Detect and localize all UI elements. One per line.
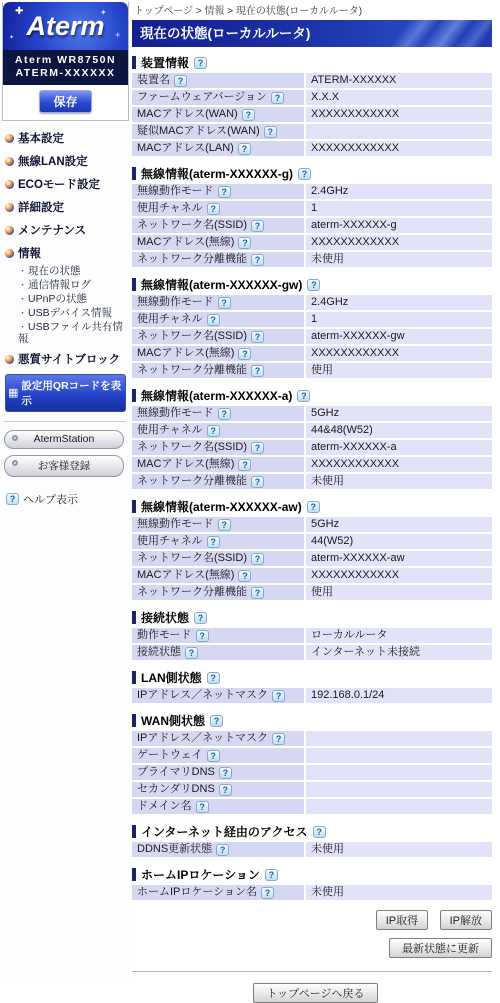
status-table: ホームIPロケーション名 ? 未使用	[130, 883, 494, 902]
row-label-cell: ファームウェアバージョン ?	[132, 90, 304, 105]
help-icon[interactable]: ?	[264, 126, 277, 138]
row-label: ネットワーク名(SSID)	[137, 552, 247, 565]
status-table: IPアドレス／ネットマスク ? 192.168.0.1/24	[130, 686, 494, 705]
table-row: ファームウェアバージョン ? X.X.X	[132, 90, 492, 105]
table-row: DDNS更新状態 ? 未使用	[132, 842, 492, 857]
row-label-cell: 無線動作モード ?	[132, 295, 304, 310]
row-label: 無線動作モード	[137, 407, 214, 420]
row-label-cell: ネットワーク名(SSID) ?	[132, 329, 304, 344]
row-value: 1	[306, 312, 492, 327]
help-icon[interactable]: ?	[219, 767, 232, 779]
row-value: 未使用	[306, 842, 492, 857]
row-value: XXXXXXXXXXXX	[306, 568, 492, 583]
help-icon[interactable]: ?	[218, 186, 231, 198]
refresh-row: 最新状態に更新	[132, 938, 492, 958]
bullet-sphere-icon	[5, 157, 14, 166]
sidebar-menu-item[interactable]: メンテナンス	[5, 222, 127, 238]
row-value: 5GHz	[306, 517, 492, 532]
table-row: ネットワーク名(SSID) ? aterm-XXXXXX-aw	[132, 551, 492, 566]
row-label-cell: IPアドレス／ネットマスク ?	[132, 688, 304, 703]
help-icon[interactable]: ?	[251, 220, 264, 232]
sidebar-menu-item[interactable]: 基本設定	[5, 130, 127, 146]
help-icon[interactable]: ?	[251, 476, 264, 488]
sidebar-submenu-label: USBファイル共有情報	[18, 321, 123, 345]
row-label-cell: ゲートウェイ ?	[132, 748, 304, 763]
row-label-cell: 装置名 ?	[132, 73, 304, 88]
section-header: 無線情報(aterm-XXXXXX-a) ?	[132, 388, 492, 403]
sidebar-submenu-item[interactable]: ・通信情報ログ	[18, 279, 127, 291]
table-row: ネットワーク分離機能 ? 未使用	[132, 252, 492, 267]
row-value	[306, 782, 492, 797]
table-row: セカンダリDNS ?	[132, 782, 492, 797]
customer-registration-label: お客様登録	[38, 460, 91, 472]
row-label: ネットワーク名(SSID)	[137, 441, 247, 454]
sidebar: ✚ ✦ ✦ ✚ Aterm Aterm WR8750N ATERM-XXXXXX…	[0, 0, 130, 982]
row-value: 使用	[306, 585, 492, 600]
row-value: XXXXXXXXXXXX	[306, 141, 492, 156]
sidebar-submenu-item[interactable]: ・USBデバイス情報	[18, 307, 127, 319]
section-title: 無線情報(aterm-XXXXXX-gw)	[141, 276, 302, 293]
help-icon[interactable]: ?	[174, 75, 187, 87]
row-label: MACアドレス(WAN)	[137, 108, 238, 121]
section-bar-icon	[132, 611, 136, 624]
dot-icon: ・	[18, 308, 27, 318]
dot-icon: ・	[18, 294, 27, 304]
row-label: ファームウェアバージョン	[137, 91, 267, 104]
row-value: ATERM-XXXXXX	[306, 73, 492, 88]
row-label: 無線動作モード	[137, 296, 214, 309]
help-icon[interactable]: ?	[210, 715, 223, 727]
status-table: 動作モード ? ローカルルータ 接続状態 ? インターネット未接続	[130, 626, 494, 662]
status-table: IPアドレス／ネットマスク ? ゲートウェイ ? プライマリDNS ? セカンダ…	[130, 729, 494, 816]
ip-actions-row: IP取得 IP解放	[132, 910, 492, 930]
section-title: LAN側状態	[141, 669, 202, 686]
table-row: ネットワーク名(SSID) ? aterm-XXXXXX-a	[132, 440, 492, 455]
status-section: LAN側状態 ? IPアドレス／ネットマスク ? 192.168.0.1/24	[132, 670, 492, 705]
row-label: ネットワーク分離機能	[137, 253, 247, 266]
row-value: aterm-XXXXXX-a	[306, 440, 492, 455]
row-label-cell: 使用チャネル ?	[132, 534, 304, 549]
table-row: ネットワーク名(SSID) ? aterm-XXXXXX-g	[132, 218, 492, 233]
row-label: 使用チャネル	[137, 313, 203, 326]
section-title: 無線情報(aterm-XXXXXX-aw)	[141, 498, 302, 515]
help-icon[interactable]: ?	[261, 887, 274, 899]
show-qr-code-button[interactable]: ▦ 設定用QRコードを表示	[5, 374, 126, 412]
sidebar-divider	[4, 421, 126, 422]
help-icon[interactable]: ?	[207, 203, 220, 215]
table-row: 使用チャネル ? 44(W52)	[132, 534, 492, 549]
help-icon[interactable]: ?	[194, 612, 207, 624]
ring-icon	[12, 435, 18, 441]
row-value: インターネット未接続	[306, 645, 492, 660]
section-header: 装置情報 ?	[132, 55, 492, 70]
table-row: MACアドレス(無線) ? XXXXXXXXXXXX	[132, 568, 492, 583]
bullet-sphere-icon	[5, 226, 14, 235]
status-table: 無線動作モード ? 5GHz 使用チャネル ? 44&48(W52) ネットワー…	[130, 404, 494, 491]
help-icon[interactable]: ?	[242, 109, 255, 121]
row-label-cell: MACアドレス(LAN) ?	[132, 141, 304, 156]
section-title: 無線情報(aterm-XXXXXX-a)	[141, 387, 292, 404]
sidebar-header: ✚ ✦ ✦ ✚ Aterm Aterm WR8750N ATERM-XXXXXX…	[2, 2, 129, 121]
sidebar-submenu: ・現在の状態 ・通信情報ログ ・UPnPの状態 ・USBデバイス情報 ・USBフ…	[18, 265, 127, 345]
refresh-status-button[interactable]: 最新状態に更新	[389, 938, 492, 958]
help-icon[interactable]: ?	[207, 750, 220, 762]
row-label: ドメイン名	[137, 800, 192, 813]
row-label-cell: MACアドレス(WAN) ?	[132, 107, 304, 122]
sidebar-submenu-label: 現在の状態	[28, 265, 81, 277]
status-table: 装置名 ? ATERM-XXXXXX ファームウェアバージョン ? X.X.X …	[130, 71, 494, 158]
help-icon[interactable]: ?	[238, 570, 251, 582]
sidebar-menu-label: 情報	[18, 245, 41, 261]
row-value: 44(W52)	[306, 534, 492, 549]
row-value: 2.4GHz	[306, 295, 492, 310]
sidebar-menu-item[interactable]: 詳細設定	[5, 199, 127, 215]
row-label: 無線動作モード	[137, 185, 214, 198]
section-header: WAN側状態 ?	[132, 713, 492, 728]
table-row: ネットワーク名(SSID) ? aterm-XXXXXX-gw	[132, 329, 492, 344]
table-row: 使用チャネル ? 44&48(W52)	[132, 423, 492, 438]
help-icon[interactable]: ?	[251, 254, 264, 266]
sidebar-submenu-item[interactable]: ・UPnPの状態	[18, 293, 127, 305]
device-model: Aterm WR8750N	[3, 54, 128, 67]
row-label-cell: ホームIPロケーション名 ?	[132, 885, 304, 900]
status-section: 接続状態 ? 動作モード ? ローカルルータ 接続状態 ? インターネット未接続	[132, 610, 492, 662]
row-label: 動作モード	[137, 629, 192, 642]
help-icon[interactable]: ?	[251, 553, 264, 565]
status-table: 無線動作モード ? 2.4GHz 使用チャネル ? 1 ネットワーク名(SSID…	[130, 182, 494, 269]
table-row: 使用チャネル ? 1	[132, 201, 492, 216]
row-value: ローカルルータ	[306, 628, 492, 643]
sidebar-submenu-label: UPnPの状態	[28, 293, 87, 305]
section-title: 接続状態	[141, 609, 189, 626]
table-row: プライマリDNS ?	[132, 765, 492, 780]
row-value: 未使用	[306, 252, 492, 267]
help-icon[interactable]: ?	[207, 425, 220, 437]
table-row: ホームIPロケーション名 ? 未使用	[132, 885, 492, 900]
row-label: セカンダリDNS	[137, 783, 215, 796]
row-value: aterm-XXXXXX-g	[306, 218, 492, 233]
row-label-cell: 使用チャネル ?	[132, 312, 304, 327]
section-header: インターネット経由のアクセス ?	[132, 824, 492, 839]
table-row: 無線動作モード ? 5GHz	[132, 517, 492, 532]
row-label: 使用チャネル	[137, 424, 203, 437]
row-value: 44&48(W52)	[306, 423, 492, 438]
table-row: MACアドレス(無線) ? XXXXXXXXXXXX	[132, 346, 492, 361]
help-icon: ?	[6, 493, 19, 505]
bullet-sphere-icon	[5, 355, 14, 364]
sidebar-menu-item[interactable]: 無線LAN設定	[5, 153, 127, 169]
row-value	[306, 731, 492, 746]
row-label-cell: IPアドレス／ネットマスク ?	[132, 731, 304, 746]
table-row: 無線動作モード ? 5GHz	[132, 406, 492, 421]
help-icon[interactable]: ?	[238, 348, 251, 360]
row-value	[306, 799, 492, 814]
footer-divider	[132, 971, 492, 972]
row-label-cell: MACアドレス(無線) ?	[132, 346, 304, 361]
sidebar-submenu-label: USBデバイス情報	[28, 307, 112, 319]
table-row: ドメイン名 ?	[132, 799, 492, 814]
help-icon[interactable]: ?	[238, 237, 251, 249]
section-title: ホームIPロケーション	[141, 866, 260, 883]
sidebar-menu-label: 詳細設定	[18, 199, 64, 215]
row-label-cell: 無線動作モード ?	[132, 517, 304, 532]
section-title: WAN側状態	[141, 712, 205, 729]
row-label-cell: 接続状態 ?	[132, 645, 304, 660]
help-icon[interactable]: ?	[271, 92, 284, 104]
row-label-cell: ネットワーク分離機能 ?	[132, 363, 304, 378]
row-value	[306, 765, 492, 780]
table-row: 接続状態 ? インターネット未接続	[132, 645, 492, 660]
bullet-sphere-icon	[5, 180, 14, 189]
bullet-sphere-icon	[5, 249, 14, 258]
help-icon[interactable]: ?	[251, 442, 264, 454]
row-label: 装置名	[137, 74, 170, 87]
table-row: 疑似MACアドレス(WAN) ?	[132, 124, 492, 139]
row-label: MACアドレス(無線)	[137, 458, 234, 471]
help-icon[interactable]: ?	[196, 801, 209, 813]
device-id: ATERM-XXXXXX	[3, 67, 128, 80]
section-bar-icon	[132, 278, 136, 291]
aterm-station-button[interactable]: AtermStation	[4, 430, 124, 449]
help-icon[interactable]: ?	[251, 331, 264, 343]
help-icon[interactable]: ?	[218, 408, 231, 420]
row-label-cell: ネットワーク分離機能 ?	[132, 252, 304, 267]
table-row: IPアドレス／ネットマスク ?	[132, 731, 492, 746]
row-label: MACアドレス(無線)	[137, 236, 234, 249]
help-icon[interactable]: ?	[307, 279, 320, 291]
help-icon[interactable]: ?	[251, 365, 264, 377]
status-table: DDNS更新状態 ? 未使用	[130, 840, 494, 859]
row-label-cell: MACアドレス(無線) ?	[132, 235, 304, 250]
row-value: 未使用	[306, 474, 492, 489]
help-icon[interactable]: ?	[207, 672, 220, 684]
row-value: 5GHz	[306, 406, 492, 421]
row-label-cell: ドメイン名 ?	[132, 799, 304, 814]
row-label-cell: MACアドレス(無線) ?	[132, 568, 304, 583]
section-bar-icon	[132, 671, 136, 684]
section-bar-icon	[132, 868, 136, 881]
status-section: 装置情報 ? 装置名 ? ATERM-XXXXXX ファームウェアバージョン ?…	[132, 55, 492, 158]
table-row: MACアドレス(WAN) ? XXXXXXXXXXXX	[132, 107, 492, 122]
row-label-cell: 使用チャネル ?	[132, 201, 304, 216]
status-table: 無線動作モード ? 5GHz 使用チャネル ? 44(W52) ネットワーク名(…	[130, 515, 494, 602]
row-value: 未使用	[306, 885, 492, 900]
row-value: 192.168.0.1/24	[306, 688, 492, 703]
row-label-cell: 使用チャネル ?	[132, 423, 304, 438]
help-icon[interactable]: ?	[196, 630, 209, 642]
section-header: 無線情報(aterm-XXXXXX-aw) ?	[132, 499, 492, 514]
sidebar-menu-item[interactable]: 情報	[5, 245, 127, 261]
row-label: ホームIPロケーション名	[137, 886, 257, 899]
section-bar-icon	[132, 167, 136, 180]
status-section: WAN側状態 ? IPアドレス／ネットマスク ? ゲートウェイ ? プライマリD…	[132, 713, 492, 816]
row-label: ネットワーク名(SSID)	[137, 219, 247, 232]
row-label: 疑似MACアドレス(WAN)	[137, 125, 260, 138]
row-label-cell: ネットワーク分離機能 ?	[132, 585, 304, 600]
help-display-label: ヘルプ表示	[23, 491, 78, 507]
help-icon[interactable]: ?	[216, 844, 229, 856]
aterm-logo: ✚ ✦ ✦ ✚ Aterm	[3, 2, 128, 50]
help-icon[interactable]: ?	[218, 519, 231, 531]
table-row: ネットワーク分離機能 ? 使用	[132, 363, 492, 378]
row-value: XXXXXXXXXXXX	[306, 457, 492, 472]
section-header: LAN側状態 ?	[132, 670, 492, 685]
row-label-cell: ネットワーク名(SSID) ?	[132, 551, 304, 566]
row-label: MACアドレス(LAN)	[137, 142, 234, 155]
sidebar-menu-label: 悪質サイトブロック	[18, 351, 120, 367]
help-icon[interactable]: ?	[207, 314, 220, 326]
row-label: ネットワーク名(SSID)	[137, 330, 247, 343]
table-row: MACアドレス(無線) ? XXXXXXXXXXXX	[132, 235, 492, 250]
help-icon[interactable]: ?	[297, 390, 310, 402]
help-icon[interactable]: ?	[272, 733, 285, 745]
status-section: ホームIPロケーション ? ホームIPロケーション名 ? 未使用	[132, 867, 492, 902]
row-label: 使用チャネル	[137, 202, 203, 215]
row-label: IPアドレス／ネットマスク	[137, 689, 268, 702]
row-label-cell: 疑似MACアドレス(WAN) ?	[132, 124, 304, 139]
sidebar-submenu-label: 通信情報ログ	[28, 279, 91, 291]
row-label-cell: MACアドレス(無線) ?	[132, 457, 304, 472]
row-value: aterm-XXXXXX-gw	[306, 329, 492, 344]
qr-code-icon: ▦	[8, 388, 18, 398]
status-section: 無線情報(aterm-XXXXXX-gw) ? 無線動作モード ? 2.4GHz…	[132, 277, 492, 380]
section-header: 接続状態 ?	[132, 610, 492, 625]
table-row: 無線動作モード ? 2.4GHz	[132, 295, 492, 310]
table-row: ゲートウェイ ?	[132, 748, 492, 763]
help-icon[interactable]: ?	[207, 536, 220, 548]
logo-text: Aterm	[3, 11, 128, 42]
section-bar-icon	[132, 389, 136, 402]
section-title: インターネット経由のアクセス	[141, 823, 308, 840]
customer-registration-button[interactable]: お客様登録	[4, 455, 124, 477]
table-row: 装置名 ? ATERM-XXXXXX	[132, 73, 492, 88]
ring-icon	[12, 460, 18, 466]
section-bar-icon	[132, 825, 136, 838]
help-icon[interactable]: ?	[185, 647, 198, 659]
main-content: トップページ > 情報 > 現在の状態(ローカルルータ) 現在の状態(ローカルル…	[132, 0, 492, 982]
section-title: 無線情報(aterm-XXXXXX-g)	[141, 165, 293, 182]
row-label-cell: セカンダリDNS ?	[132, 782, 304, 797]
row-label-cell: ネットワーク名(SSID) ?	[132, 440, 304, 455]
table-row: 無線動作モード ? 2.4GHz	[132, 184, 492, 199]
row-label-cell: ネットワーク名(SSID) ?	[132, 218, 304, 233]
row-label: ネットワーク分離機能	[137, 586, 247, 599]
sidebar-menu-item[interactable]: 悪質サイトブロック	[5, 351, 127, 367]
row-label-cell: ネットワーク分離機能 ?	[132, 474, 304, 489]
help-icon[interactable]: ?	[194, 57, 207, 69]
row-label: 接続状態	[137, 646, 181, 659]
row-label: ネットワーク分離機能	[137, 364, 247, 377]
table-row: MACアドレス(LAN) ? XXXXXXXXXXXX	[132, 141, 492, 156]
help-icon[interactable]: ?	[272, 690, 285, 702]
help-icon[interactable]: ?	[265, 869, 278, 881]
section-header: 無線情報(aterm-XXXXXX-g) ?	[132, 166, 492, 181]
breadcrumb[interactable]: トップページ > 情報 > 現在の状態(ローカルルータ)	[132, 0, 492, 20]
help-icon[interactable]: ?	[298, 168, 311, 180]
dot-icon: ・	[18, 322, 27, 332]
help-icon[interactable]: ?	[219, 784, 232, 796]
table-row: 使用チャネル ? 1	[132, 312, 492, 327]
save-button[interactable]: 保存	[39, 90, 91, 113]
help-display-link[interactable]: ? ヘルプ表示	[6, 491, 130, 507]
dot-icon: ・	[18, 280, 27, 290]
sidebar-submenu-item[interactable]: ・現在の状態	[18, 265, 127, 277]
ip-get-button[interactable]: IP取得	[376, 910, 428, 930]
section-bar-icon	[132, 56, 136, 69]
dot-icon: ・	[18, 266, 27, 276]
bullet-sphere-icon	[5, 134, 14, 143]
ip-release-button[interactable]: IP解放	[440, 910, 492, 930]
sidebar-menu-item[interactable]: ECOモード設定	[5, 176, 127, 192]
row-value: XXXXXXXXXXXX	[306, 346, 492, 361]
aterm-station-label: AtermStation	[34, 433, 95, 445]
row-value: 1	[306, 201, 492, 216]
row-label: IPアドレス／ネットマスク	[137, 732, 268, 745]
table-row: MACアドレス(無線) ? XXXXXXXXXXXX	[132, 457, 492, 472]
row-label-cell: プライマリDNS ?	[132, 765, 304, 780]
row-label: 使用チャネル	[137, 535, 203, 548]
help-icon[interactable]: ?	[313, 826, 326, 838]
status-section: インターネット経由のアクセス ? DDNS更新状態 ? 未使用	[132, 824, 492, 859]
row-label: プライマリDNS	[137, 766, 215, 779]
bullet-sphere-icon	[5, 203, 14, 212]
row-label-cell: 無線動作モード ?	[132, 184, 304, 199]
help-icon[interactable]: ?	[218, 297, 231, 309]
sidebar-menu-label: 無線LAN設定	[18, 153, 88, 169]
section-bar-icon	[132, 500, 136, 513]
section-header: ホームIPロケーション ?	[132, 867, 492, 882]
sidebar-submenu-item[interactable]: ・USBファイル共有情報	[18, 321, 127, 345]
qr-button-label: 設定用QRコードを表示	[21, 378, 123, 408]
row-label-cell: 無線動作モード ?	[132, 406, 304, 421]
save-area: 保存	[3, 85, 128, 120]
help-icon[interactable]: ?	[238, 459, 251, 471]
table-row: IPアドレス／ネットマスク ? 192.168.0.1/24	[132, 688, 492, 703]
section-title: 装置情報	[141, 54, 189, 71]
help-icon[interactable]: ?	[238, 143, 251, 155]
help-icon[interactable]: ?	[307, 501, 320, 513]
table-row: 動作モード ? ローカルルータ	[132, 628, 492, 643]
row-label-cell: 動作モード ?	[132, 628, 304, 643]
status-table: 無線動作モード ? 2.4GHz 使用チャネル ? 1 ネットワーク名(SSID…	[130, 293, 494, 380]
row-value: XXXXXXXXXXXX	[306, 107, 492, 122]
status-sections: 装置情報 ? 装置名 ? ATERM-XXXXXX ファームウェアバージョン ?…	[132, 55, 492, 902]
sidebar-menu-label: ECOモード設定	[18, 176, 100, 192]
help-icon[interactable]: ?	[251, 587, 264, 599]
table-row: ネットワーク分離機能 ? 未使用	[132, 474, 492, 489]
row-value: 2.4GHz	[306, 184, 492, 199]
row-label: MACアドレス(無線)	[137, 347, 234, 360]
status-section: 無線情報(aterm-XXXXXX-a) ? 無線動作モード ? 5GHz 使用…	[132, 388, 492, 491]
device-name-box: Aterm WR8750N ATERM-XXXXXX	[3, 50, 128, 85]
sidebar-menu-label: 基本設定	[18, 130, 64, 146]
status-section: 無線情報(aterm-XXXXXX-g) ? 無線動作モード ? 2.4GHz …	[132, 166, 492, 269]
row-value: 使用	[306, 363, 492, 378]
section-header: 無線情報(aterm-XXXXXX-gw) ?	[132, 277, 492, 292]
sidebar-menu-label: メンテナンス	[18, 222, 86, 238]
row-value	[306, 124, 492, 139]
status-section: 無線情報(aterm-XXXXXX-aw) ? 無線動作モード ? 5GHz 使…	[132, 499, 492, 602]
row-label-cell: DDNS更新状態 ?	[132, 842, 304, 857]
row-label: 無線動作モード	[137, 518, 214, 531]
row-label: ネットワーク分離機能	[137, 475, 247, 488]
row-value: X.X.X	[306, 90, 492, 105]
sidebar-menu: 基本設定 無線LAN設定 ECOモード設定 詳細設定 メンテナンス 情報 ・現在…	[0, 121, 130, 367]
section-bar-icon	[132, 714, 136, 727]
row-value: XXXXXXXXXXXX	[306, 235, 492, 250]
table-row: ネットワーク分離機能 ? 使用	[132, 585, 492, 600]
row-label: ゲートウェイ	[137, 749, 203, 762]
